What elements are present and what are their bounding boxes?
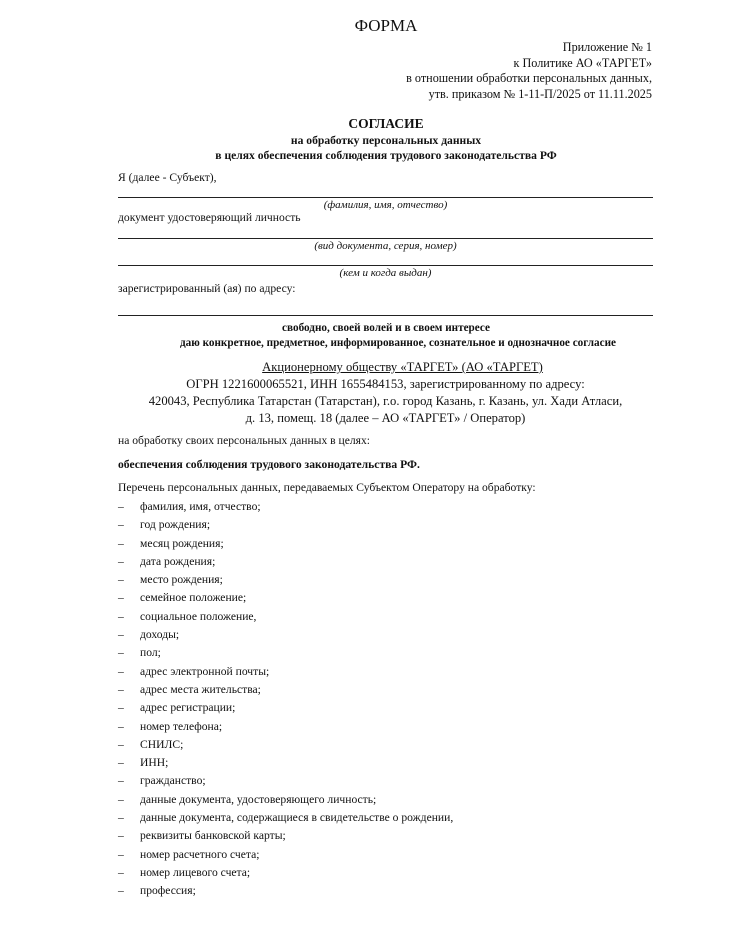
document-subtitle-2: в целях обеспечения соблюдения трудового… (118, 149, 654, 162)
list-item: –данные документа, содержащиеся в свидет… (118, 809, 453, 827)
list-item: –адрес места жительства; (118, 681, 453, 699)
appendix-line: в отношении обработки персональных данны… (406, 71, 652, 87)
form-label: ФОРМА (0, 16, 734, 36)
list-item: –год рождения; (118, 516, 453, 534)
document-field-line[interactable] (118, 238, 653, 239)
list-item: –месяц рождения; (118, 535, 453, 553)
fio-hint: (фамилия, имя, отчество) (118, 199, 653, 211)
operator-details-3: д. 13, помещ. 18 (далее – АО «ТАРГЕТ» / … (118, 411, 653, 426)
list-item: –гражданство; (118, 772, 453, 790)
purpose-goal: обеспечения соблюдения трудового законод… (118, 458, 420, 471)
data-list-intro: Перечень персональных данных, передаваем… (118, 481, 536, 494)
list-item: –профессия; (118, 882, 453, 900)
list-item: –номер лицевого счета; (118, 864, 453, 882)
consent-line-1: свободно, своей волей и в своем интересе (118, 322, 654, 334)
address-field-line[interactable] (118, 315, 653, 316)
list-item: –семейное положение; (118, 589, 453, 607)
document-subtitle-1: на обработку персональных данных (118, 134, 654, 147)
list-item: –пол; (118, 644, 453, 662)
document-label: документ удостоверяющий личность (118, 211, 301, 224)
appendix-line: к Политике АО «ТАРГЕТ» (406, 56, 652, 72)
list-item: –доходы; (118, 626, 453, 644)
list-item: –дата рождения; (118, 553, 453, 571)
list-item: –номер телефона; (118, 718, 453, 736)
operator-details-2: 420043, Республика Татарстан (Татарстан)… (118, 394, 653, 409)
list-item: –социальное положение, (118, 608, 453, 626)
appendix-line: утв. приказом № 1-11-П/2025 от 11.11.202… (406, 87, 652, 103)
subject-intro: Я (далее - Субъект), (118, 171, 217, 184)
list-item: –адрес регистрации; (118, 699, 453, 717)
purpose-intro: на обработку своих персональных данных в… (118, 434, 370, 447)
personal-data-list: –фамилия, имя, отчество; –год рождения; … (118, 498, 453, 901)
list-item: –фамилия, имя, отчество; (118, 498, 453, 516)
issued-field-line[interactable] (118, 265, 653, 266)
list-item: –адрес электронной почты; (118, 663, 453, 681)
address-label: зарегистрированный (ая) по адресу: (118, 282, 295, 295)
list-item: –реквизиты банковской карты; (118, 827, 453, 845)
list-item: –СНИЛС; (118, 736, 453, 754)
operator-name: Акционерному обществу «ТАРГЕТ» (АО «ТАРГ… (135, 360, 670, 375)
document-title: СОГЛАСИЕ (118, 116, 654, 132)
document-hint: (вид документа, серия, номер) (118, 240, 653, 252)
appendix-block: Приложение № 1 к Политике АО «ТАРГЕТ» в … (406, 40, 652, 102)
consent-line-2: даю конкретное, предметное, информирован… (130, 337, 666, 349)
operator-details-1: ОГРН 1221600065521, ИНН 1655484153, заре… (118, 377, 653, 392)
list-item: –место рождения; (118, 571, 453, 589)
list-item: –ИНН; (118, 754, 453, 772)
issued-hint: (кем и когда выдан) (118, 267, 653, 279)
list-item: –данные документа, удостоверяющего лично… (118, 791, 453, 809)
appendix-line: Приложение № 1 (406, 40, 652, 56)
fio-field-line[interactable] (118, 197, 653, 198)
list-item: –номер расчетного счета; (118, 846, 453, 864)
